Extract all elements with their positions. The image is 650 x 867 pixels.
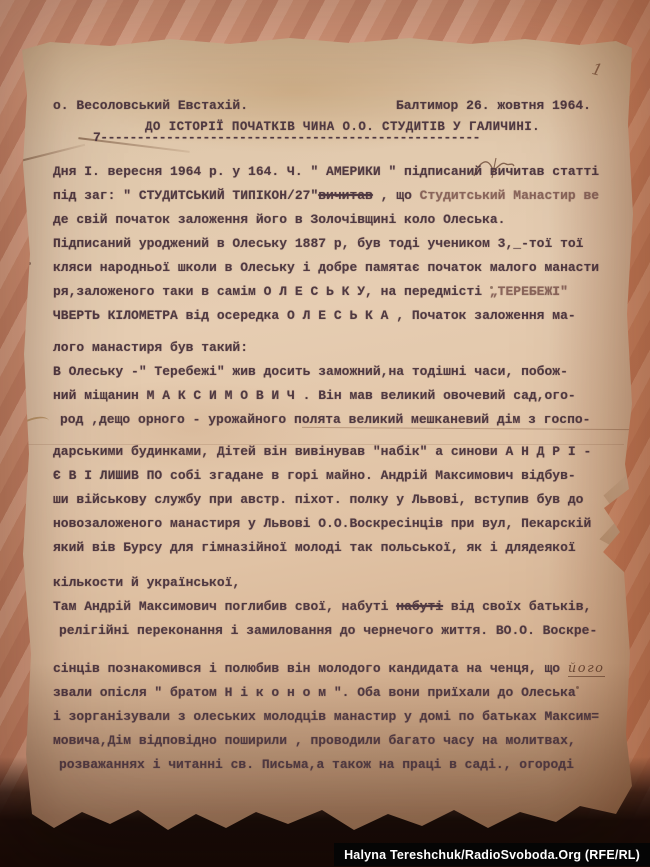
- dateline: Балтимор 26. жовтня 1964.: [396, 98, 591, 113]
- typed-text: , що: [373, 188, 420, 203]
- typed-text: Студитський Манастир ве: [420, 188, 599, 203]
- typed-text: Є В І ЛИШИВ ПО собі згадане в горі майно…: [53, 468, 576, 483]
- typed-text: під заг: " СТУДИТСЬКИЙ ТИПІКОН/27": [53, 188, 318, 203]
- typed-text: лого манастиря був такий:: [53, 340, 248, 355]
- photo-credit: Halyna Tereshchuk/RadioSvoboda.Org (RFE/…: [344, 848, 640, 862]
- typed-text: ЧВЕРТЬ КІЛОМЕТРА від осередка О Л Е С Ь …: [53, 308, 576, 323]
- photo-of-document: 1 о. Весоловський Евстахій. Балтимор 26.…: [0, 0, 650, 867]
- typed-text: дарськими будинками, Дітей він вивінував…: [53, 444, 591, 459]
- typed-line: релігійні переконання і замиловання до ч…: [59, 619, 606, 643]
- author-line: о. Весоловський Евстахій.: [53, 98, 248, 113]
- typed-line: звали опісля " братом Н і к о н о м ". О…: [53, 681, 606, 705]
- typed-line: кляси народньої школи в Олеську і добре …: [53, 256, 606, 280]
- typed-line: Підписаний уроджений в Олеську 1887 р, б…: [53, 232, 606, 256]
- typed-line: В Олеську -" Теребежі" жив досить заможн…: [53, 360, 606, 384]
- typed-text: який вів Бурсу для гімназійної молоді та…: [53, 540, 576, 555]
- typed-line: мовича,Дім відповідно поширили , проводи…: [53, 729, 606, 753]
- typed-text: ши військову службу при австр. піхот. по…: [53, 492, 584, 507]
- typed-text: новозаложеного манастиря у Львові О.О.Во…: [53, 516, 591, 531]
- typed-line: під заг: " СТУДИТСЬКИЙ ТИПІКОН/27"вичита…: [53, 184, 606, 208]
- typed-line: ний міщанин М А К С И М О В И Ч . Він ма…: [53, 384, 606, 408]
- typed-text: ний міщанин М А К С И М О В И Ч . Він ма…: [53, 388, 576, 403]
- typed-line: новозаложеного манастиря у Львові О.О.Во…: [53, 512, 606, 536]
- typed-text: род ,дещо орного - урожайного полята вел…: [60, 412, 591, 427]
- credit-badge: Halyna Tereshchuk/RadioSvoboda.Org (RFE/…: [334, 843, 650, 866]
- typed-text: від своїх батьків,: [443, 599, 591, 614]
- typed-text: розважаннях і читанні св. Письма,а також…: [59, 757, 574, 772]
- typed-line: ши військову службу при австр. піхот. по…: [53, 488, 606, 512]
- typed-line: сінців познакомився і полюбив він молодо…: [53, 657, 606, 681]
- typed-line: який вів Бурсу для гімназійної молоді та…: [53, 536, 606, 560]
- typed-text: де свій початок заложення його в Золочів…: [53, 212, 505, 227]
- typed-line: Дня І. вересня 1964 р. у 164. Ч. " АМЕРИ…: [53, 160, 606, 184]
- typed-line: Там Андрій Максимович поглибив свої, наб…: [53, 595, 606, 619]
- typed-line: Є В І ЛИШИВ ПО собі згадане в горі майно…: [53, 464, 606, 488]
- typed-line: кількости й української,: [53, 571, 606, 595]
- typed-text: сінців познакомився і полюбив він молодо…: [53, 661, 568, 676]
- typed-text: мовича,Дім відповідно поширили , проводи…: [53, 733, 576, 748]
- typed-text: вичитав: [318, 188, 373, 203]
- typed-text: ря,заложеного таки в самім О Л Е С Ь К У…: [53, 284, 490, 299]
- document-page: о. Весоловський Евстахій. Балтимор 26. ж…: [20, 34, 634, 840]
- typed-text: кількости й української,: [53, 575, 240, 590]
- typed-text: „ТЕРЕБЕЖІ": [490, 284, 568, 299]
- document-header: о. Весоловський Евстахій. Балтимор 26. ж…: [53, 98, 591, 113]
- body-text: Дня І. вересня 1964 р. у 164. Ч. " АМЕРИ…: [53, 160, 606, 777]
- typed-line: і зорганізували з олеських молодців мана…: [53, 705, 606, 729]
- typed-line: род ,дещо орного - урожайного полята вел…: [60, 408, 606, 432]
- typed-text: Там Андрій Максимович поглибив свої, наб…: [53, 599, 396, 614]
- typed-line: ЧВЕРТЬ КІЛОМЕТРА від осередка О Л Е С Ь …: [53, 304, 606, 328]
- typed-text: набуті: [396, 599, 443, 614]
- typed-text: кляси народньої школи в Олеську і добре …: [53, 260, 599, 275]
- typed-line: ря,заложеного таки в самім О Л Е С Ь К У…: [53, 280, 606, 304]
- typed-text: релігійні переконання і замиловання до ч…: [59, 623, 597, 638]
- typed-line: лого манастиря був такий:: [53, 336, 606, 360]
- typed-text: Підписаний уроджений в Олеську 1887 р, б…: [53, 236, 584, 251]
- typed-text: Дня І. вересня 1964 р. у 164. Ч. " АМЕРИ…: [53, 164, 599, 179]
- typed-text: В Олеську -" Теребежі" жив досить заможн…: [53, 364, 568, 379]
- typed-line: де свій початок заложення його в Золочів…: [53, 208, 606, 232]
- typed-line: розважаннях і читанні св. Письма,а також…: [59, 753, 606, 777]
- typed-line: дарськими будинками, Дітей він вивінував…: [53, 440, 606, 464]
- typed-content: о. Весоловський Евстахій. Балтимор 26. ж…: [20, 34, 634, 777]
- typed-text: і зорганізували з олеських молодців мана…: [53, 709, 599, 724]
- typed-text: звали опісля " братом Н і к о н о м ". О…: [53, 685, 576, 700]
- handwritten-word: його: [568, 661, 605, 677]
